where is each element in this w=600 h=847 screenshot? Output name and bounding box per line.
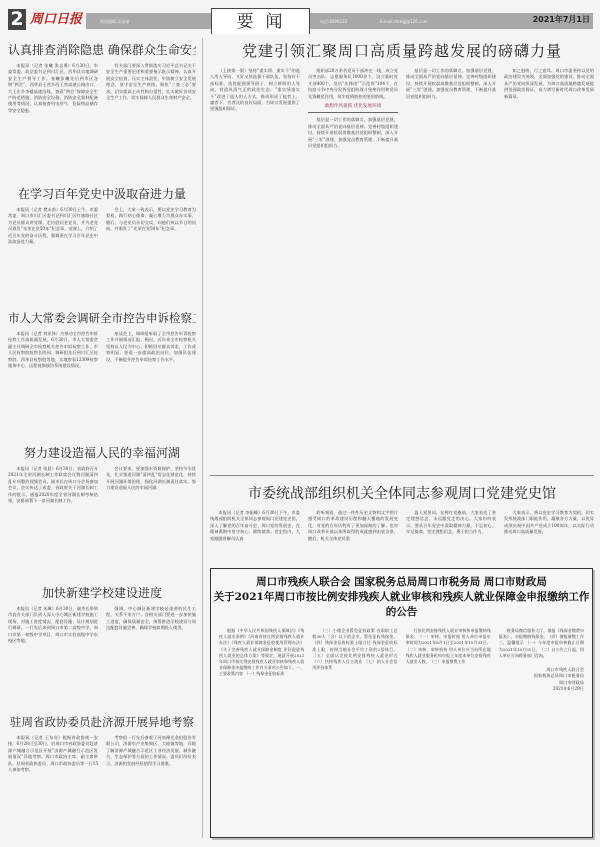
article-text: 会上，大家一致表示，要以党史学习教育为契机，践行初心使命，凝心聚力为群众办实事。… (106, 207, 196, 245)
article-text: 本报讯（记者 张晨）6月30日，省政府召开2021年全省河湖长制工作联席会议暨河… (8, 466, 98, 504)
article-text: 会议要求，要加强水资源保护、坚持节水优先，扎实推进河湖“清四乱”常态化规范化，持… (106, 466, 196, 504)
article-text: 本报讯（记者 樊永甫）6月30日上午，市委常委、周口市川汇区委书记到川汇区红旗路… (8, 207, 98, 245)
article-lead: 党建引领汇聚周口高质量跨越发展的磅礴力量 （上接第一版）坚持“重实绩、重实干”的… (210, 40, 594, 468)
issue-date: 2021年7月1日 (533, 14, 590, 25)
notice-text: 行按比例安排残疾人就业审核和申报缴纳残保金。（一）审核、申报时间 用人单位申报年… (406, 628, 491, 840)
headline: 认真排查消除隐患 确保群众生命安全 (8, 40, 196, 60)
article-text: （上接第一版）坚持“重实绩、重实干”的选人用人导向，又好又快选拔干部队伍，坚持好… (210, 68, 300, 463)
notice-text: （三）小微企业暂免征收政策 在职职工总数30人（含）以下的企业，暂免征收残保金。… (312, 628, 397, 840)
headline: 市委统战部组织机关全体同志参观周口党建党史馆 (210, 482, 594, 506)
notice-text: 税务局微信服务大厅，填报《残保金缴费申报表》，申报缴纳残保金。（四）催报催缴工作… (499, 628, 584, 840)
headline: 市人大常委会调研全市控告申诉检察工作 (8, 308, 196, 328)
article-safety: 认真排查消除隐患 确保群众生命安全 本报讯（记者 张曦 张志勇）6月30日，市委… (8, 40, 196, 176)
headline: 驻周省政协委员赴济源开展异地考察 (8, 712, 196, 732)
editor-info: 版面编辑:吴丽丽 (100, 19, 129, 25)
article-cppcc-inspection: 驻周省政协委员赴济源开展异地考察 本报讯（记者 王东亮）根据省政协统一安排，6月… (8, 712, 196, 842)
article-school-construction: 加快新建学校建设进度 本报讯（记者 朱琳）6月30日，副市长带领市直有关部门负责… (8, 583, 196, 705)
column-divider (202, 38, 203, 838)
notice-title-line2: 关于2021年周口市按比例安排残疾人就业审核和残疾人就业保障金申报缴纳工作的公告 (211, 590, 592, 620)
article-text: 有关部门要深入贯彻落实习近平总书记关于安全生产重要论述和重要指示批示精神，认真开… (106, 63, 196, 114)
article-text: 温入党誓词，在鲜红党旗前，大家表达了坚定理想信念、永远跟党走的决心。大家纷纷表示… (406, 510, 496, 542)
headline: 在学习百年党史中汲取奋进力量 (8, 184, 196, 204)
article-united-front: 市委统战部组织机关全体同志参观周口党建党史馆 本报讯（记者 李振峰）6月30日下… (210, 482, 594, 562)
article-party-history-study: 在学习百年党史中汲取奋进力量 本报讯（记者 樊永甫）6月30日上午，市委常委、周… (8, 184, 196, 302)
article-npc-inspection: 市人大常委会调研全市控告申诉检察工作 本报讯（记者 刘亚伟）为推动全市控告申诉检… (8, 308, 196, 436)
phone-info: 电话:8399222 (320, 19, 347, 25)
article-text: 考察组一行先后参观了河南豫光金铅股份有限公司、济源市产业集聚区、大峪镇等地，详细… (106, 735, 196, 773)
article-text: 本报讯（记者 朱琳）6月30日，副市长带领市直有关部门负责人深入中心城区新建学校… (8, 606, 98, 644)
article-river-lake: 努力建设造福人民的幸福河湖 本报讯（记者 张晨）6月30日，省政府召开2021年… (8, 443, 196, 575)
article-text: 本报讯（记者 王东亮）根据省政协统一安排，6月28日至30日，驻周口市省政协委员… (8, 735, 98, 773)
article-text: 知之愈明，行之愈笃。周口市委坚持以党的政治建设为统领，全面加强党的建设，推动全面… (504, 68, 594, 463)
article-text: 本报讯（记者 张曦 张志勇）6月30日，市委常委、政法委书记到川汇区、西华县实地… (8, 63, 98, 114)
paper-logo: 周口日报 (30, 9, 84, 30)
article-text: 本报讯（记者 李振峰）6月30日下午，市委统战部组织机关全体同志参观周口党建党史… (210, 510, 300, 542)
article-text: 强调，中心城区新建学校是重要的民生工程，关系千家万户。各相关部门要进一步加快施工… (106, 606, 196, 644)
article-text: 本报讯（记者 刘亚伟）为推动全市控告申诉检察工作高质量发展，6月30日，市人大常… (8, 331, 98, 369)
masthead-bar-left: 版面编辑:吴丽丽 (86, 13, 211, 29)
article-text: 大家表示，将以党史学习教育为契机，切实发挥统战部门职能作用，凝聚各方力量，以优异… (504, 510, 594, 542)
article-text: 聆听观看，通过一件件历史文物和文字图片感受周口的革命建设历程和翻天覆地的发展变化… (308, 510, 398, 542)
headline: 加快新建学校建设进度 (8, 583, 196, 603)
section-title: 要闻 (211, 8, 310, 34)
masthead: 2 周口日报 版面编辑:吴丽丽 要闻 电话:8399222 E-mail:zkr… (0, 0, 600, 32)
notice-title-line1: 周口市残疾人联合会 国家税务总局周口市税务局 周口市财政局 (211, 575, 592, 590)
lead-headline: 党建引领汇聚周口高质量跨越发展的磅礴力量 (210, 40, 594, 62)
article-text: 组织部20万余名党员干部冲在一线，成立党员突击队、志愿服务队1000余个，设立临… (308, 68, 398, 463)
page-number: 2 (8, 9, 26, 30)
notice-text: 根据《中华人民共和国残疾人保障法》《残疾人就业条例》《河南省按比例安排残疾人就业… (219, 628, 304, 840)
sign-date: 2021年6月29日 (499, 686, 584, 692)
email-info: E-mail:zkrbgj@126.com (380, 19, 428, 24)
article-text: 座谈会上，调研组听取了全市控告申诉检察工作开展情况汇报。指出，近年来全市检察机关… (106, 331, 196, 369)
public-notice: 周口市残疾人联合会 国家税务总局周口市税务局 周口市财政局 关于2021年周口市… (210, 568, 593, 838)
headline: 努力建设造福人民的幸福河湖 (8, 443, 196, 463)
article-text: 基层是一切工作的落脚点，加强基层党建，推动全面从严治党向基层延伸。完善村级组织建… (406, 68, 496, 463)
lead-subhead: 敢想作风狠抓 优化发展环境 (308, 104, 398, 113)
section-rule (210, 475, 594, 476)
